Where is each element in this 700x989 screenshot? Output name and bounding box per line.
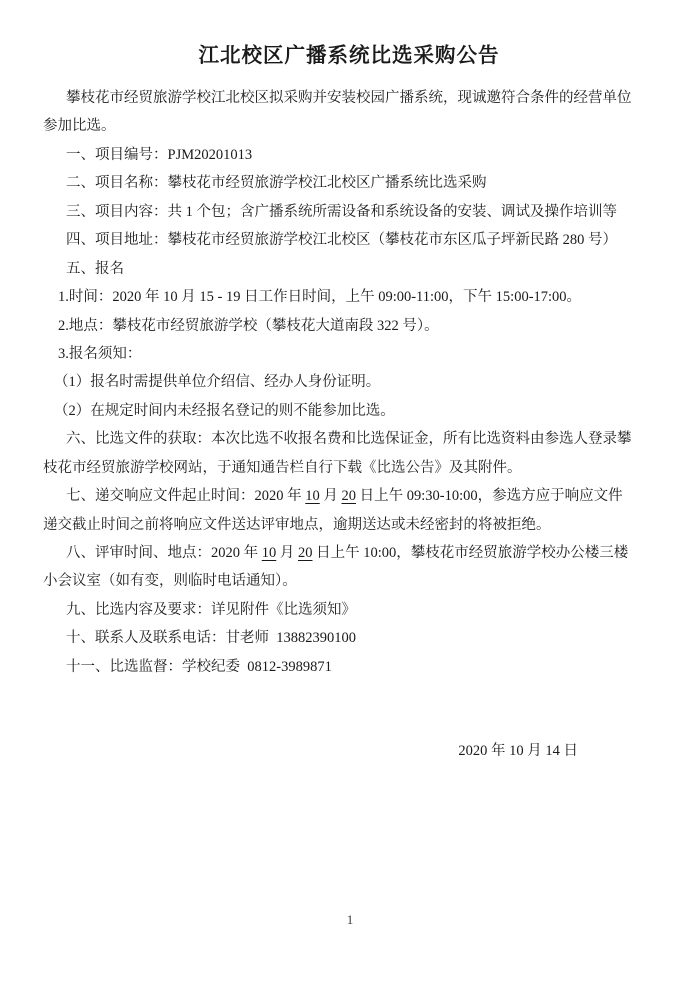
text-segment: 六、比选文件的获取：本次比选不收报名费和比选保证金，所有比选资料由参选人登录攀 [66, 431, 632, 447]
text-segment: 一、项目编号：PJM20201013 [66, 147, 252, 163]
text-segment: 七、递交响应文件起止时间：2020 年 [66, 488, 305, 504]
doc-line: 十、联系人及联系电话：甘老师 13882390100 [43, 624, 655, 652]
document-page: 江北校区广播系统比选采购公告 攀枝花市经贸旅游学校江北校区拟采购并安装校园广播系… [0, 0, 700, 989]
doc-line: 参加比选。 [43, 112, 655, 140]
document-title: 江北校区广播系统比选采购公告 [43, 40, 655, 72]
underlined-text: 10 [305, 488, 320, 504]
text-segment: 递交截止时间之前将响应文件送达评审地点，逾期送达或未经密封的将被拒绝。 [43, 517, 551, 533]
doc-line: 四、项目地址：攀枝花市经贸旅游学校江北校区（攀枝花市东区瓜子坪新民路 280 号… [43, 226, 655, 254]
text-segment: 四、项目地址：攀枝花市经贸旅游学校江北校区（攀枝花市东区瓜子坪新民路 280 号… [66, 232, 617, 248]
text-segment: 参加比选。 [43, 118, 116, 134]
doc-line: 一、项目编号：PJM20201013 [43, 141, 655, 169]
doc-line: 九、比选内容及要求：详见附件《比选须知》 [43, 596, 655, 624]
text-segment: 小会议室（如有变，则临时电话通知）。 [43, 573, 297, 589]
doc-line: 攀枝花市经贸旅游学校江北校区拟采购并安装校园广播系统，现诚邀符合条件的经营单位 [43, 84, 655, 112]
doc-line: 递交截止时间之前将响应文件送达评审地点，逾期送达或未经密封的将被拒绝。 [43, 511, 655, 539]
doc-line: 五、报名 [43, 255, 655, 283]
text-segment: 五、报名 [66, 261, 124, 277]
text-segment: 九、比选内容及要求：详见附件《比选须知》 [66, 602, 356, 618]
text-segment: 二、项目名称：攀枝花市经贸旅游学校江北校区广播系统比选采购 [66, 175, 487, 191]
doc-line: （1）报名时需提供单位介绍信、经办人身份证明。 [43, 368, 655, 396]
doc-line: 枝花市经贸旅游学校网站，于通知通告栏自行下载《比选公告》及其附件。 [43, 454, 655, 482]
text-segment: （2）在规定时间内未经报名登记的则不能参加比选。 [54, 403, 395, 419]
doc-line: 小会议室（如有变，则临时电话通知）。 [43, 567, 655, 595]
text-segment: 1.时间：2020 年 10 月 15 - 19 日工作日时间，上午 09:00… [58, 289, 581, 305]
doc-line: 六、比选文件的获取：本次比选不收报名费和比选保证金，所有比选资料由参选人登录攀 [43, 425, 655, 453]
text-segment: 日上午 10:00，攀枝花市经贸旅游学校办公楼三楼 [313, 545, 629, 561]
text-segment: 3.报名须知： [58, 346, 141, 362]
underlined-text: 10 [262, 545, 277, 561]
text-segment: 2.地点：攀枝花市经贸旅游学校（攀枝花大道南段 322 号）。 [58, 318, 439, 334]
document-date: 2020 年 10 月 14 日 [43, 737, 655, 765]
text-segment: 枝花市经贸旅游学校网站，于通知通告栏自行下载《比选公告》及其附件。 [43, 460, 522, 476]
document-body: 攀枝花市经贸旅游学校江北校区拟采购并安装校园广播系统，现诚邀符合条件的经营单位参… [43, 84, 655, 681]
page-number: 1 [0, 912, 700, 928]
underlined-text: 20 [342, 488, 357, 504]
doc-line: 3.报名须知： [43, 340, 655, 368]
doc-line: （2）在规定时间内未经报名登记的则不能参加比选。 [43, 397, 655, 425]
text-segment: 日上午 09:30-10:00，参选方应于响应文件 [356, 488, 623, 504]
doc-line: 二、项目名称：攀枝花市经贸旅游学校江北校区广播系统比选采购 [43, 169, 655, 197]
text-segment: 三、项目内容：共 1 个包；含广播系统所需设备和系统设备的安装、调试及操作培训等 [66, 204, 617, 220]
text-segment: 八、评审时间、地点：2020 年 [66, 545, 262, 561]
text-segment: 十、联系人及联系电话：甘老师 13882390100 [66, 630, 356, 646]
text-segment: 月 [320, 488, 342, 504]
text-segment: 十一、比选监督：学校纪委 0812-3989871 [66, 659, 332, 675]
underlined-text: 20 [298, 545, 313, 561]
text-segment: （1）报名时需提供单位介绍信、经办人身份证明。 [54, 374, 380, 390]
doc-line: 2.地点：攀枝花市经贸旅游学校（攀枝花大道南段 322 号）。 [43, 312, 655, 340]
doc-line: 八、评审时间、地点：2020 年 10 月 20 日上午 10:00，攀枝花市经… [43, 539, 655, 567]
doc-line: 1.时间：2020 年 10 月 15 - 19 日工作日时间，上午 09:00… [43, 283, 655, 311]
doc-line: 七、递交响应文件起止时间：2020 年 10 月 20 日上午 09:30-10… [43, 482, 655, 510]
doc-line: 三、项目内容：共 1 个包；含广播系统所需设备和系统设备的安装、调试及操作培训等 [43, 198, 655, 226]
text-segment: 月 [276, 545, 298, 561]
doc-line: 十一、比选监督：学校纪委 0812-3989871 [43, 653, 655, 681]
text-segment: 攀枝花市经贸旅游学校江北校区拟采购并安装校园广播系统，现诚邀符合条件的经营单位 [66, 90, 632, 106]
